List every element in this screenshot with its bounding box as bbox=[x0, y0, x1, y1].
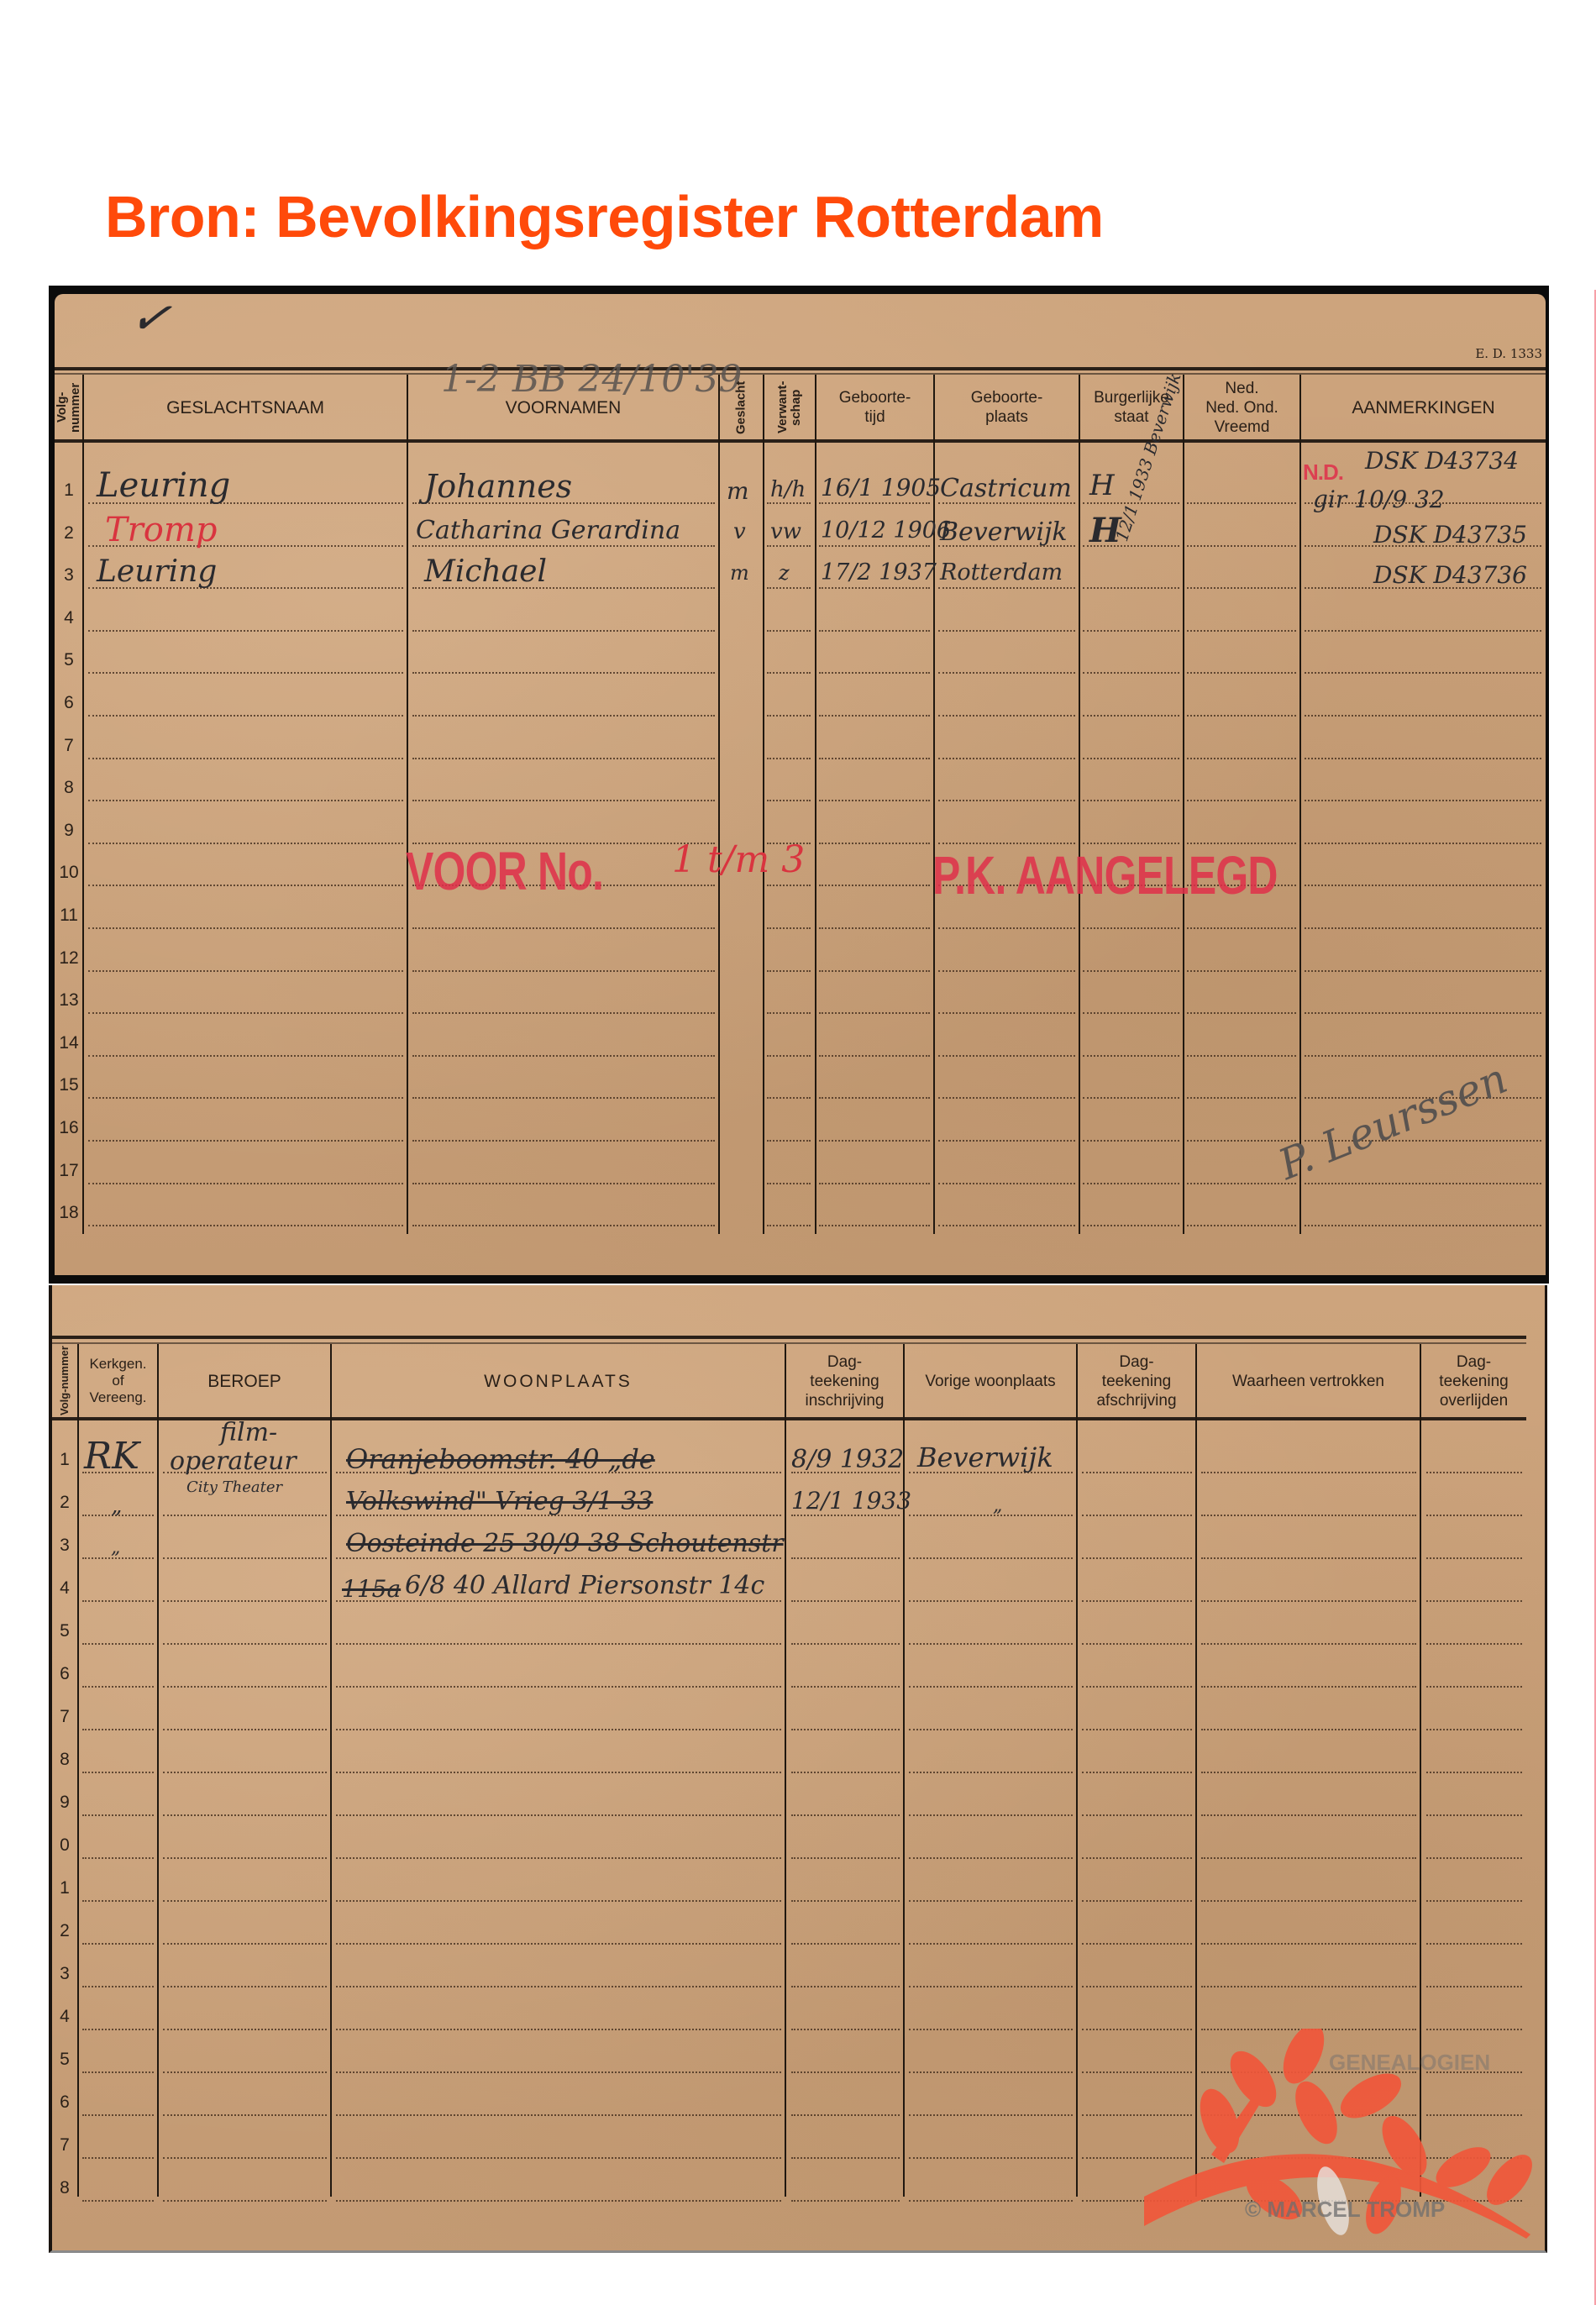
row-dotted-line bbox=[1082, 1729, 1192, 1730]
row1-woonplaats: Oranjeboomstr. 40 „de bbox=[346, 1443, 655, 1475]
row-dotted-line bbox=[938, 587, 1075, 589]
row-dotted-line bbox=[336, 2157, 781, 2159]
row-number: 7 bbox=[52, 1707, 77, 1727]
header-geslachtsnaam: GESLACHTSNAAM bbox=[84, 376, 407, 438]
row-dotted-line bbox=[88, 672, 403, 674]
header-ned-line3: Vreemd bbox=[1215, 417, 1270, 437]
row2-verwantschap: vw bbox=[770, 519, 801, 544]
row-dotted-line bbox=[1083, 1055, 1179, 1057]
row-dotted-line bbox=[909, 2157, 1073, 2159]
row-dotted-line bbox=[1201, 1686, 1416, 1688]
row-dotted-line bbox=[82, 1729, 154, 1730]
row-number: 4 bbox=[56, 608, 81, 628]
header-inschrijving-line2: teekening bbox=[810, 1372, 879, 1391]
header-geboorteplaats: Geboorte- plaats bbox=[935, 376, 1079, 438]
row-dotted-line bbox=[163, 2029, 327, 2030]
row-dotted-line bbox=[1426, 1772, 1522, 1773]
col-line bbox=[330, 1344, 332, 2197]
row-dotted-line bbox=[88, 1055, 403, 1057]
row-dotted-line bbox=[88, 970, 403, 972]
row-number: 4 bbox=[52, 2007, 77, 2027]
row-dotted-line bbox=[1083, 758, 1179, 759]
row-number: 0 bbox=[52, 1835, 77, 1856]
row-dotted-line bbox=[163, 1772, 327, 1773]
row-dotted-line bbox=[1305, 1183, 1541, 1184]
row-dotted-line bbox=[767, 502, 811, 504]
row1-geslachtsnaam: Leuring bbox=[97, 466, 230, 505]
row2-geslacht: v bbox=[733, 519, 746, 544]
row-dotted-line bbox=[1083, 1183, 1179, 1184]
row-dotted-line bbox=[1201, 1557, 1416, 1559]
row-dotted-line bbox=[1201, 1600, 1416, 1602]
row-number: 6 bbox=[52, 1664, 77, 1684]
col-line bbox=[933, 375, 935, 1234]
row-number: 8 bbox=[52, 1750, 77, 1770]
row-dotted-line bbox=[909, 1515, 1073, 1516]
header-ned-line1: Ned. bbox=[1225, 379, 1258, 398]
header-vorige-woonplaats: Vorige woonplaats bbox=[905, 1346, 1076, 1416]
row1-geslacht: m bbox=[727, 477, 749, 505]
header-geboortetijd-line2: tijd bbox=[864, 407, 885, 427]
row2-woonplaats: Volkswind" Vrieg 3/1 33 bbox=[346, 1487, 653, 1516]
row-dotted-line bbox=[82, 1857, 154, 1859]
row-dotted-line bbox=[336, 1686, 781, 1688]
row-dotted-line bbox=[82, 1814, 154, 1816]
row-dotted-line bbox=[1082, 1857, 1192, 1859]
header-geboortetijd: Geboorte- tijd bbox=[816, 376, 933, 438]
row-number: 6 bbox=[52, 2092, 77, 2113]
row-dotted-line bbox=[88, 1140, 403, 1142]
row-dotted-line bbox=[412, 630, 715, 632]
row-number: 13 bbox=[56, 990, 81, 1011]
row-dotted-line bbox=[819, 758, 930, 759]
row-dotted-line bbox=[791, 1643, 900, 1645]
col-line bbox=[1183, 375, 1184, 1234]
header-afschrijving-line3: afschrijving bbox=[1096, 1391, 1176, 1410]
row-dotted-line bbox=[909, 1600, 1073, 1602]
row-dotted-line bbox=[909, 2071, 1073, 2073]
row-dotted-line bbox=[819, 1183, 930, 1184]
row-dotted-line bbox=[791, 1515, 900, 1516]
row-dotted-line bbox=[791, 2071, 900, 2073]
top-card: ✓ E. D. 1333 Volg-nummer GESLACHTSNAAM V… bbox=[55, 294, 1546, 1275]
header-geslacht: Geslacht bbox=[720, 376, 763, 438]
row-number: 10 bbox=[56, 863, 81, 883]
row-number: 8 bbox=[52, 2178, 77, 2198]
row-dotted-line bbox=[767, 545, 811, 547]
row-dotted-line bbox=[909, 2114, 1073, 2116]
header-geboorteplaats-line2: plaats bbox=[985, 407, 1028, 427]
row-dotted-line bbox=[819, 715, 930, 717]
row3-kerkgenootschap: „ bbox=[111, 1537, 120, 1558]
header-volgnummer: Volg-nummer bbox=[52, 1346, 77, 1416]
col-line bbox=[77, 1344, 79, 2197]
row-dotted-line bbox=[1187, 758, 1296, 759]
row-dotted-line bbox=[412, 970, 715, 972]
row-dotted-line bbox=[1305, 970, 1541, 972]
nd-stamp: N.D. bbox=[1303, 459, 1343, 486]
row-dotted-line bbox=[88, 758, 403, 759]
row-dotted-line bbox=[1305, 1012, 1541, 1014]
header-annotation: 1-2 BB 24/10'39 bbox=[441, 358, 742, 401]
header-geboortetijd-line1: Geboorte- bbox=[839, 388, 911, 407]
row-dotted-line bbox=[163, 2114, 327, 2116]
row-number: 1 bbox=[56, 480, 81, 501]
row-dotted-line bbox=[412, 1225, 715, 1226]
row-dotted-line bbox=[767, 672, 811, 674]
header-kerkgenootschap: Kerkgen. of Vereeng. bbox=[79, 1346, 157, 1416]
row-dotted-line bbox=[412, 1055, 715, 1057]
row-dotted-line bbox=[767, 800, 811, 801]
row-dotted-line bbox=[938, 800, 1075, 801]
row-dotted-line bbox=[1426, 1986, 1522, 1987]
header-kerkgen-line2: of bbox=[112, 1373, 123, 1389]
row-dotted-line bbox=[412, 672, 715, 674]
row2-kerkgenootschap: „ bbox=[111, 1494, 122, 1519]
row-dotted-line bbox=[163, 1857, 327, 1859]
row1-beroep-line2: operateur bbox=[170, 1447, 297, 1476]
header-inschrijving-line1: Dag- bbox=[827, 1352, 862, 1372]
row-dotted-line bbox=[82, 2114, 154, 2116]
row-dotted-line bbox=[1083, 1012, 1179, 1014]
header-verwantschap: Verwant-schap bbox=[764, 376, 815, 438]
row-dotted-line bbox=[909, 1857, 1073, 1859]
row-dotted-line bbox=[1426, 1643, 1522, 1645]
row-dotted-line bbox=[1082, 1900, 1192, 1902]
row-dotted-line bbox=[938, 970, 1075, 972]
row-dotted-line bbox=[938, 1225, 1075, 1226]
signature: P. Leurssen bbox=[1272, 1053, 1514, 1189]
header-top-rule-thin bbox=[55, 373, 1546, 375]
row-dotted-line bbox=[336, 1900, 781, 1902]
row-dotted-line bbox=[819, 587, 930, 589]
row-dotted-line bbox=[336, 1729, 781, 1730]
row-number: 7 bbox=[56, 736, 81, 756]
row-number: 2 bbox=[52, 1493, 77, 1513]
row-dotted-line bbox=[412, 800, 715, 801]
header-top-rule-thin bbox=[52, 1342, 1526, 1344]
row-dotted-line bbox=[791, 1772, 900, 1773]
row-dotted-line bbox=[1083, 715, 1179, 717]
row-dotted-line bbox=[767, 715, 811, 717]
row-number: 3 bbox=[52, 1964, 77, 1984]
header-top-rule bbox=[52, 1336, 1526, 1339]
header-bottom-rule bbox=[55, 439, 1546, 443]
header-kerkgen-line3: Vereeng. bbox=[89, 1389, 146, 1406]
row-dotted-line bbox=[1082, 1814, 1192, 1816]
row-dotted-line bbox=[82, 2157, 154, 2159]
row3-geboorteplaats: Rotterdam bbox=[940, 559, 1063, 585]
row-dotted-line bbox=[909, 1686, 1073, 1688]
row2-geslachtsnaam: Tromp bbox=[105, 511, 217, 549]
row3-verwantschap: z bbox=[779, 561, 790, 585]
header-overlijden-line2: teekening bbox=[1439, 1372, 1508, 1391]
row-dotted-line bbox=[819, 630, 930, 632]
col-line bbox=[157, 1344, 159, 2197]
row2-geboorteplaats: Beverwijk bbox=[940, 517, 1068, 547]
row-dotted-line bbox=[1426, 1900, 1522, 1902]
row-dotted-line bbox=[938, 1183, 1075, 1184]
row1-burgerlijke-staat: H bbox=[1089, 469, 1115, 502]
row-dotted-line bbox=[412, 1140, 715, 1142]
row-dotted-line bbox=[767, 1097, 811, 1099]
row-dotted-line bbox=[791, 1814, 900, 1816]
row1-beroep-line1: film- bbox=[220, 1418, 277, 1447]
row-dotted-line bbox=[1187, 715, 1296, 717]
row-dotted-line bbox=[163, 1814, 327, 1816]
row-dotted-line bbox=[1082, 1472, 1192, 1473]
row-number: 12 bbox=[56, 948, 81, 969]
row-dotted-line bbox=[163, 1943, 327, 1945]
row-dotted-line bbox=[163, 1686, 327, 1688]
row-dotted-line bbox=[819, 885, 930, 886]
row-dotted-line bbox=[791, 1557, 900, 1559]
row-dotted-line bbox=[1082, 1600, 1192, 1602]
row-dotted-line bbox=[1187, 502, 1296, 504]
row-dotted-line bbox=[791, 2029, 900, 2030]
row3-woonplaats: Oosteinde 25 30/9 38 Schoutenstr bbox=[346, 1529, 784, 1558]
watermark-copyright: © MARCEL TROMP bbox=[1245, 2197, 1445, 2223]
row-dotted-line bbox=[1201, 1857, 1416, 1859]
col-line bbox=[718, 375, 720, 1234]
row-number: 15 bbox=[56, 1075, 81, 1095]
row4-woonplaats: 6/8 40 Allard Piersonstr 14c bbox=[405, 1571, 764, 1600]
row-number: 1 bbox=[52, 1450, 77, 1470]
row-dotted-line bbox=[336, 1986, 781, 1987]
row-dotted-line bbox=[163, 1729, 327, 1730]
row-dotted-line bbox=[909, 1943, 1073, 1945]
row-dotted-line bbox=[819, 672, 930, 674]
row-dotted-line bbox=[1082, 1643, 1192, 1645]
row-dotted-line bbox=[1083, 587, 1179, 589]
row-dotted-line bbox=[412, 715, 715, 717]
row-dotted-line bbox=[163, 1515, 327, 1516]
row-dotted-line bbox=[938, 672, 1075, 674]
row-dotted-line bbox=[163, 2157, 327, 2159]
row-dotted-line bbox=[938, 630, 1075, 632]
row-number: 5 bbox=[56, 650, 81, 670]
row-number: 2 bbox=[52, 1921, 77, 1941]
row-dotted-line bbox=[88, 1012, 403, 1014]
row-number: 1 bbox=[52, 1878, 77, 1898]
row-dotted-line bbox=[412, 1183, 715, 1184]
row-dotted-line bbox=[767, 885, 811, 886]
row-dotted-line bbox=[88, 630, 403, 632]
row-dotted-line bbox=[909, 1900, 1073, 1902]
row-dotted-line bbox=[819, 800, 930, 801]
row-dotted-line bbox=[791, 1986, 900, 1987]
header-volgnummer: Volg-nummer bbox=[56, 376, 81, 438]
row-number: 9 bbox=[52, 1793, 77, 1813]
row-dotted-line bbox=[82, 1686, 154, 1688]
row-dotted-line bbox=[1083, 1140, 1179, 1142]
row-dotted-line bbox=[767, 927, 811, 929]
header-woonplaats: WOONPLAATS bbox=[332, 1346, 785, 1416]
header-afschrijving-line2: teekening bbox=[1102, 1372, 1171, 1391]
header-overlijden-line3: overlijden bbox=[1440, 1391, 1508, 1410]
row-dotted-line bbox=[88, 1097, 403, 1099]
row-dotted-line bbox=[1426, 1943, 1522, 1945]
row-dotted-line bbox=[163, 1600, 327, 1602]
row-dotted-line bbox=[1187, 587, 1296, 589]
row-dotted-line bbox=[1083, 630, 1179, 632]
row-dotted-line bbox=[336, 2029, 781, 2030]
row-dotted-line bbox=[336, 1772, 781, 1773]
row-number: 9 bbox=[56, 821, 81, 841]
row-dotted-line bbox=[1305, 630, 1541, 632]
row-dotted-line bbox=[163, 1643, 327, 1645]
row-dotted-line bbox=[791, 1857, 900, 1859]
row-dotted-line bbox=[1305, 843, 1541, 844]
row-dotted-line bbox=[1082, 1515, 1192, 1516]
row-dotted-line bbox=[336, 1857, 781, 1859]
row-dotted-line bbox=[82, 1772, 154, 1773]
col-line bbox=[815, 375, 816, 1234]
row-dotted-line bbox=[336, 1643, 781, 1645]
row-dotted-line bbox=[336, 2071, 781, 2073]
row-dotted-line bbox=[909, 1986, 1073, 1987]
row-dotted-line bbox=[82, 1600, 154, 1602]
row-dotted-line bbox=[1187, 545, 1296, 547]
row3-voornamen: Michael bbox=[424, 554, 547, 589]
row-dotted-line bbox=[909, 2200, 1073, 2202]
row-dotted-line bbox=[163, 2071, 327, 2073]
aanmerking-extra: gir 10/9 32 bbox=[1313, 486, 1445, 513]
row-dotted-line bbox=[1082, 1686, 1192, 1688]
row-number: 6 bbox=[56, 693, 81, 713]
row-number: 5 bbox=[52, 2050, 77, 2070]
row-dotted-line bbox=[1083, 1097, 1179, 1099]
row-dotted-line bbox=[1305, 927, 1541, 929]
row-dotted-line bbox=[767, 1225, 811, 1226]
row-dotted-line bbox=[819, 545, 930, 547]
row-dotted-line bbox=[336, 2200, 781, 2202]
row1-voornamen: Johannes bbox=[424, 468, 572, 505]
row-dotted-line bbox=[1187, 1183, 1296, 1184]
row-dotted-line bbox=[791, 2157, 900, 2159]
row-number: 11 bbox=[56, 906, 81, 926]
corner-check-mark: ✓ bbox=[127, 286, 176, 349]
row-number: 2 bbox=[56, 523, 81, 543]
row-dotted-line bbox=[163, 1557, 327, 1559]
row-dotted-line bbox=[909, 1814, 1073, 1816]
row-dotted-line bbox=[82, 1943, 154, 1945]
row-dotted-line bbox=[82, 1643, 154, 1645]
header-overlijden-line1: Dag- bbox=[1457, 1352, 1491, 1372]
row-dotted-line bbox=[1187, 1097, 1296, 1099]
row-dotted-line bbox=[412, 1012, 715, 1014]
row-dotted-line bbox=[88, 1183, 403, 1184]
header-overlijden: Dag- teekening overlijden bbox=[1421, 1346, 1526, 1416]
row-dotted-line bbox=[88, 715, 403, 717]
row-dotted-line bbox=[909, 2029, 1073, 2030]
header-inschrijving: Dag- teekening inschrijving bbox=[786, 1346, 903, 1416]
header-inschrijving-line3: inschrijving bbox=[806, 1391, 885, 1410]
col-line bbox=[407, 375, 408, 1234]
row-dotted-line bbox=[767, 630, 811, 632]
row-dotted-line bbox=[1201, 1900, 1416, 1902]
row-dotted-line bbox=[1083, 800, 1179, 801]
row-dotted-line bbox=[1187, 630, 1296, 632]
bottom-card: Volg-nummer Kerkgen. of Vereeng. BEROEP … bbox=[49, 1285, 1547, 2253]
row-dotted-line bbox=[163, 1986, 327, 1987]
row-dotted-line bbox=[819, 843, 930, 844]
header-nationaliteit: Ned. Ned. Ond. Vreemd bbox=[1184, 376, 1299, 438]
header-afschrijving: Dag- teekening afschrijving bbox=[1078, 1346, 1195, 1416]
row-number: 17 bbox=[56, 1161, 81, 1181]
page-title: Bron: Bevolkingsregister Rotterdam bbox=[105, 183, 1104, 250]
row-dotted-line bbox=[412, 758, 715, 759]
row-dotted-line bbox=[1426, 1557, 1522, 1559]
row-dotted-line bbox=[767, 1183, 811, 1184]
row-dotted-line bbox=[1426, 1857, 1522, 1859]
col-line bbox=[82, 375, 84, 1234]
row-dotted-line bbox=[938, 715, 1075, 717]
row-dotted-line bbox=[88, 843, 403, 844]
row-dotted-line bbox=[819, 1055, 930, 1057]
row-dotted-line bbox=[819, 927, 930, 929]
row-dotted-line bbox=[1083, 1225, 1179, 1226]
row-dotted-line bbox=[412, 1097, 715, 1099]
row-dotted-line bbox=[819, 1225, 930, 1226]
row-dotted-line bbox=[88, 1225, 403, 1226]
row-dotted-line bbox=[1305, 800, 1541, 801]
col-line bbox=[785, 1344, 786, 2197]
row2-voornamen: Catharina Gerardina bbox=[416, 516, 680, 545]
row-dotted-line bbox=[1187, 800, 1296, 801]
row-dotted-line bbox=[938, 758, 1075, 759]
header-beroep: BEROEP bbox=[159, 1346, 330, 1416]
row-dotted-line bbox=[82, 1900, 154, 1902]
header-waarheen-vertrokken: Waarheen vertrokken bbox=[1197, 1346, 1420, 1416]
row-dotted-line bbox=[1305, 758, 1541, 759]
row-dotted-line bbox=[1305, 1225, 1541, 1226]
row-dotted-line bbox=[791, 2200, 900, 2202]
row1-verwantschap: h/h bbox=[770, 477, 806, 502]
col-line bbox=[763, 375, 764, 1234]
row-dotted-line bbox=[1201, 1472, 1416, 1473]
row-dotted-line bbox=[1082, 1772, 1192, 1773]
row-dotted-line bbox=[1082, 1943, 1192, 1945]
row-dotted-line bbox=[163, 1900, 327, 1902]
row-dotted-line bbox=[938, 1097, 1075, 1099]
row-dotted-line bbox=[1082, 1557, 1192, 1559]
row-dotted-line bbox=[1082, 1986, 1192, 1987]
row-dotted-line bbox=[791, 1943, 900, 1945]
row-dotted-line bbox=[1201, 1772, 1416, 1773]
row2-vorige-woonplaats: „ bbox=[993, 1495, 1002, 1516]
row-dotted-line bbox=[1187, 1055, 1296, 1057]
row-dotted-line bbox=[336, 1600, 781, 1602]
row-number: 16 bbox=[56, 1118, 81, 1138]
row-dotted-line bbox=[767, 1012, 811, 1014]
row-number: 4 bbox=[52, 1578, 77, 1599]
row-dotted-line bbox=[819, 970, 930, 972]
header-top-rule bbox=[55, 367, 1546, 370]
row-dotted-line bbox=[336, 1814, 781, 1816]
row-dotted-line bbox=[1305, 1055, 1541, 1057]
header-afschrijving-line1: Dag- bbox=[1119, 1352, 1153, 1372]
row-dotted-line bbox=[1201, 1986, 1416, 1987]
row-dotted-line bbox=[336, 2114, 781, 2116]
row-dotted-line bbox=[909, 1772, 1073, 1773]
row1-geboortetijd: 16/1 1905 bbox=[821, 474, 941, 501]
row-dotted-line bbox=[412, 927, 715, 929]
row-dotted-line bbox=[1305, 885, 1541, 886]
pk-stamp-handwritten: 1 t/m 3 bbox=[672, 838, 805, 881]
row-number: 3 bbox=[52, 1536, 77, 1556]
row2-geboortetijd: 10/12 1906 bbox=[821, 517, 951, 543]
